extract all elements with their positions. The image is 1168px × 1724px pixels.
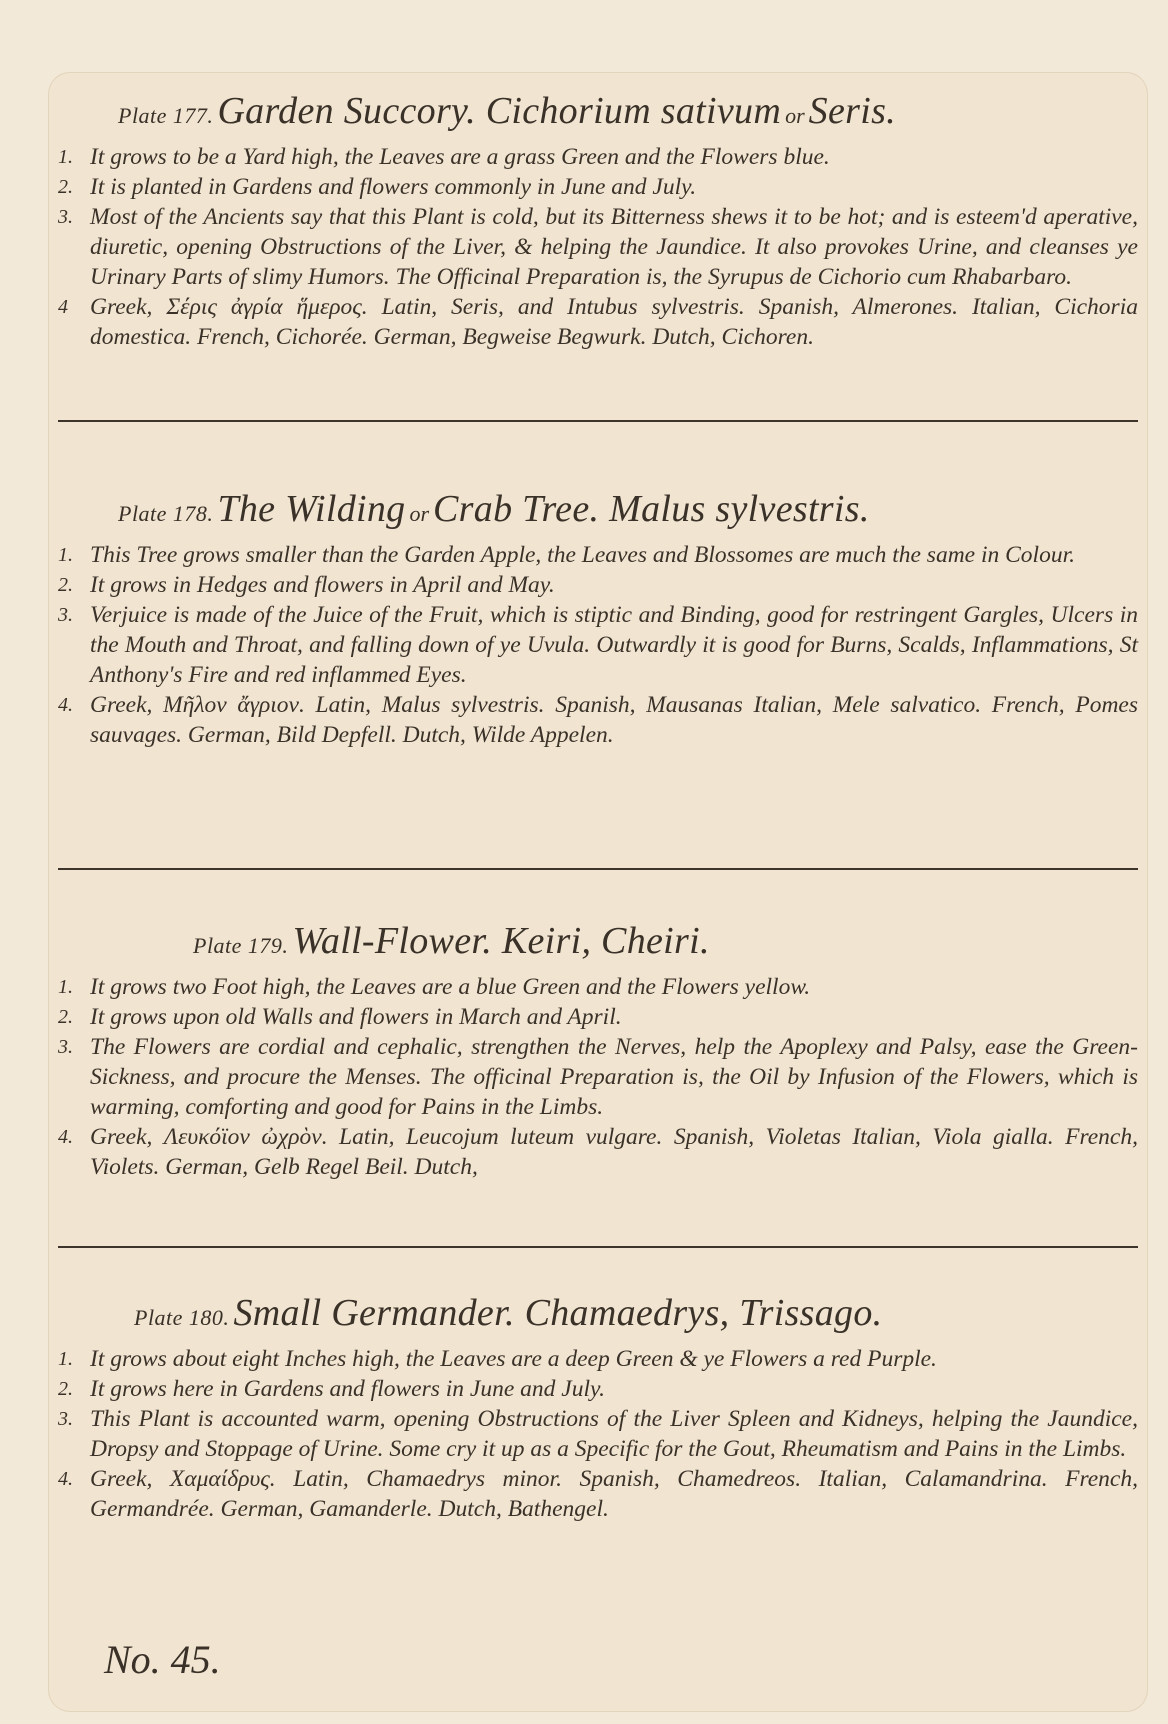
entry-number: 1. — [58, 540, 73, 570]
entry-item: 3.This Plant is accounted warm, opening … — [48, 1404, 1138, 1464]
entry-text: Greek, Λευκόϊον ὠχρὸν. Latin, Leucojum l… — [90, 1124, 1138, 1180]
entry-text: Verjuice is made of the Juice of the Fru… — [90, 602, 1138, 688]
entry-text: It grows two Foot high, the Leaves are a… — [90, 974, 810, 1000]
entry-text: It grows to be a Yard high, the Leaves a… — [90, 144, 830, 170]
entry-item: 3.The Flowers are cordial and cephalic, … — [48, 1032, 1138, 1122]
plate-180-section: Plate 180. Small Germander. Chamaedrys, … — [48, 1294, 1138, 1524]
entry-number: 2. — [58, 1002, 73, 1032]
entry-item: 3.Most of the Ancients say that this Pla… — [48, 202, 1138, 292]
entry-item: 4.Greek, Μῆλον ἄγριον. Latin, Malus sylv… — [48, 690, 1138, 750]
plate-title: Wall-Flower. Keiri, Cheiri. — [292, 920, 709, 962]
plate-178-section: Plate 178. The Wilding or Crab Tree. Mal… — [48, 490, 1138, 750]
plate-title-alt: Crab Tree. Malus sylvestris. — [433, 488, 870, 530]
plate-heading: Plate 177. Garden Succory. Cichorium sat… — [48, 92, 1138, 130]
plate-number: Plate 177. — [118, 103, 213, 128]
entry-text: The Flowers are cordial and cephalic, st… — [90, 1034, 1138, 1120]
plate-entries: 1.It grows two Foot high, the Leaves are… — [48, 972, 1138, 1182]
section-divider — [58, 868, 1138, 870]
entry-item: 1.It grows two Foot high, the Leaves are… — [48, 972, 1138, 1002]
entry-item: 1.This Tree grows smaller than the Garde… — [48, 540, 1138, 570]
entry-number: 1. — [58, 142, 73, 172]
entry-number: 3. — [58, 202, 73, 232]
entry-number: 1. — [58, 1344, 73, 1374]
entry-item: 2.It grows here in Gardens and flowers i… — [48, 1374, 1138, 1404]
plate-number: Plate 179. — [193, 933, 288, 958]
entry-item: 1.It grows about eight Inches high, the … — [48, 1344, 1138, 1374]
entry-item: 4Greek, Σέρις ἀγρία ἥμερος. Latin, Seris… — [48, 292, 1138, 352]
entry-text: Greek, Σέρις ἀγρία ἥμερος. Latin, Seris,… — [90, 294, 1138, 350]
entry-item: 2.It grows upon old Walls and flowers in… — [48, 1002, 1138, 1032]
plate-title: The Wilding — [217, 488, 405, 530]
plate-title-alt: Seris. — [809, 90, 896, 132]
entry-text: Greek, Μῆλον ἄγριον. Latin, Malus sylves… — [90, 692, 1138, 748]
plate-heading: Plate 180. Small Germander. Chamaedrys, … — [48, 1294, 1138, 1332]
entry-item: 3.Verjuice is made of the Juice of the F… — [48, 600, 1138, 690]
entry-text: It is planted in Gardens and flowers com… — [90, 174, 696, 200]
plate-title-or: or — [409, 501, 429, 526]
entry-number: 4. — [58, 690, 73, 720]
entry-text: It grows about eight Inches high, the Le… — [90, 1346, 937, 1372]
entry-number: 4 — [58, 292, 68, 322]
entry-item: 2.It grows in Hedges and flowers in Apri… — [48, 570, 1138, 600]
plate-177-section: Plate 177. Garden Succory. Cichorium sat… — [48, 92, 1138, 352]
entry-item: 4.Greek, Λευκόϊον ὠχρὸν. Latin, Leucojum… — [48, 1122, 1138, 1182]
plate-entries: 1.This Tree grows smaller than the Garde… — [48, 540, 1138, 750]
entry-number: 1. — [58, 972, 73, 1002]
entry-number: 3. — [58, 1404, 73, 1434]
entry-text: Most of the Ancients say that this Plant… — [90, 204, 1138, 290]
entry-text: It grows in Hedges and flowers in April … — [90, 572, 555, 598]
entry-text: This Plant is accounted warm, opening Ob… — [90, 1406, 1138, 1462]
entry-item: 1.It grows to be a Yard high, the Leaves… — [48, 142, 1138, 172]
entry-number: 3. — [58, 1032, 73, 1062]
plate-title-or: or — [785, 103, 805, 128]
entry-item: 2.It is planted in Gardens and flowers c… — [48, 172, 1138, 202]
section-divider — [58, 420, 1138, 422]
plate-title: Garden Succory. Cichorium sativum — [217, 90, 781, 132]
plate-number: Plate 180. — [134, 1305, 229, 1330]
entry-text: This Tree grows smaller than the Garden … — [90, 542, 1075, 568]
entry-item: 4.Greek, Χαμαίδρυς. Latin, Chamaedrys mi… — [48, 1464, 1138, 1524]
section-divider — [58, 1246, 1138, 1248]
entry-number: 2. — [58, 570, 73, 600]
entry-text: It grows here in Gardens and flowers in … — [90, 1376, 605, 1402]
plate-number: Plate 178. — [118, 501, 213, 526]
entry-number: 4. — [58, 1122, 73, 1152]
plate-179-section: Plate 179. Wall-Flower. Keiri, Cheiri. 1… — [48, 922, 1138, 1182]
catalog-number: No. 45. — [104, 1636, 221, 1683]
document-page: Plate 177. Garden Succory. Cichorium sat… — [0, 0, 1168, 1724]
entry-number: 2. — [58, 1374, 73, 1404]
entry-number: 2. — [58, 172, 73, 202]
entry-text: It grows upon old Walls and flowers in M… — [90, 1004, 622, 1030]
entry-text: Greek, Χαμαίδρυς. Latin, Chamaedrys mino… — [90, 1466, 1138, 1522]
entry-number: 4. — [58, 1464, 73, 1494]
entry-number: 3. — [58, 600, 73, 630]
plate-entries: 1.It grows about eight Inches high, the … — [48, 1344, 1138, 1524]
plate-heading: Plate 179. Wall-Flower. Keiri, Cheiri. — [48, 922, 1138, 960]
plate-heading: Plate 178. The Wilding or Crab Tree. Mal… — [48, 490, 1138, 528]
plate-title: Small Germander. Chamaedrys, Trissago. — [233, 1292, 882, 1334]
plate-entries: 1.It grows to be a Yard high, the Leaves… — [48, 142, 1138, 352]
